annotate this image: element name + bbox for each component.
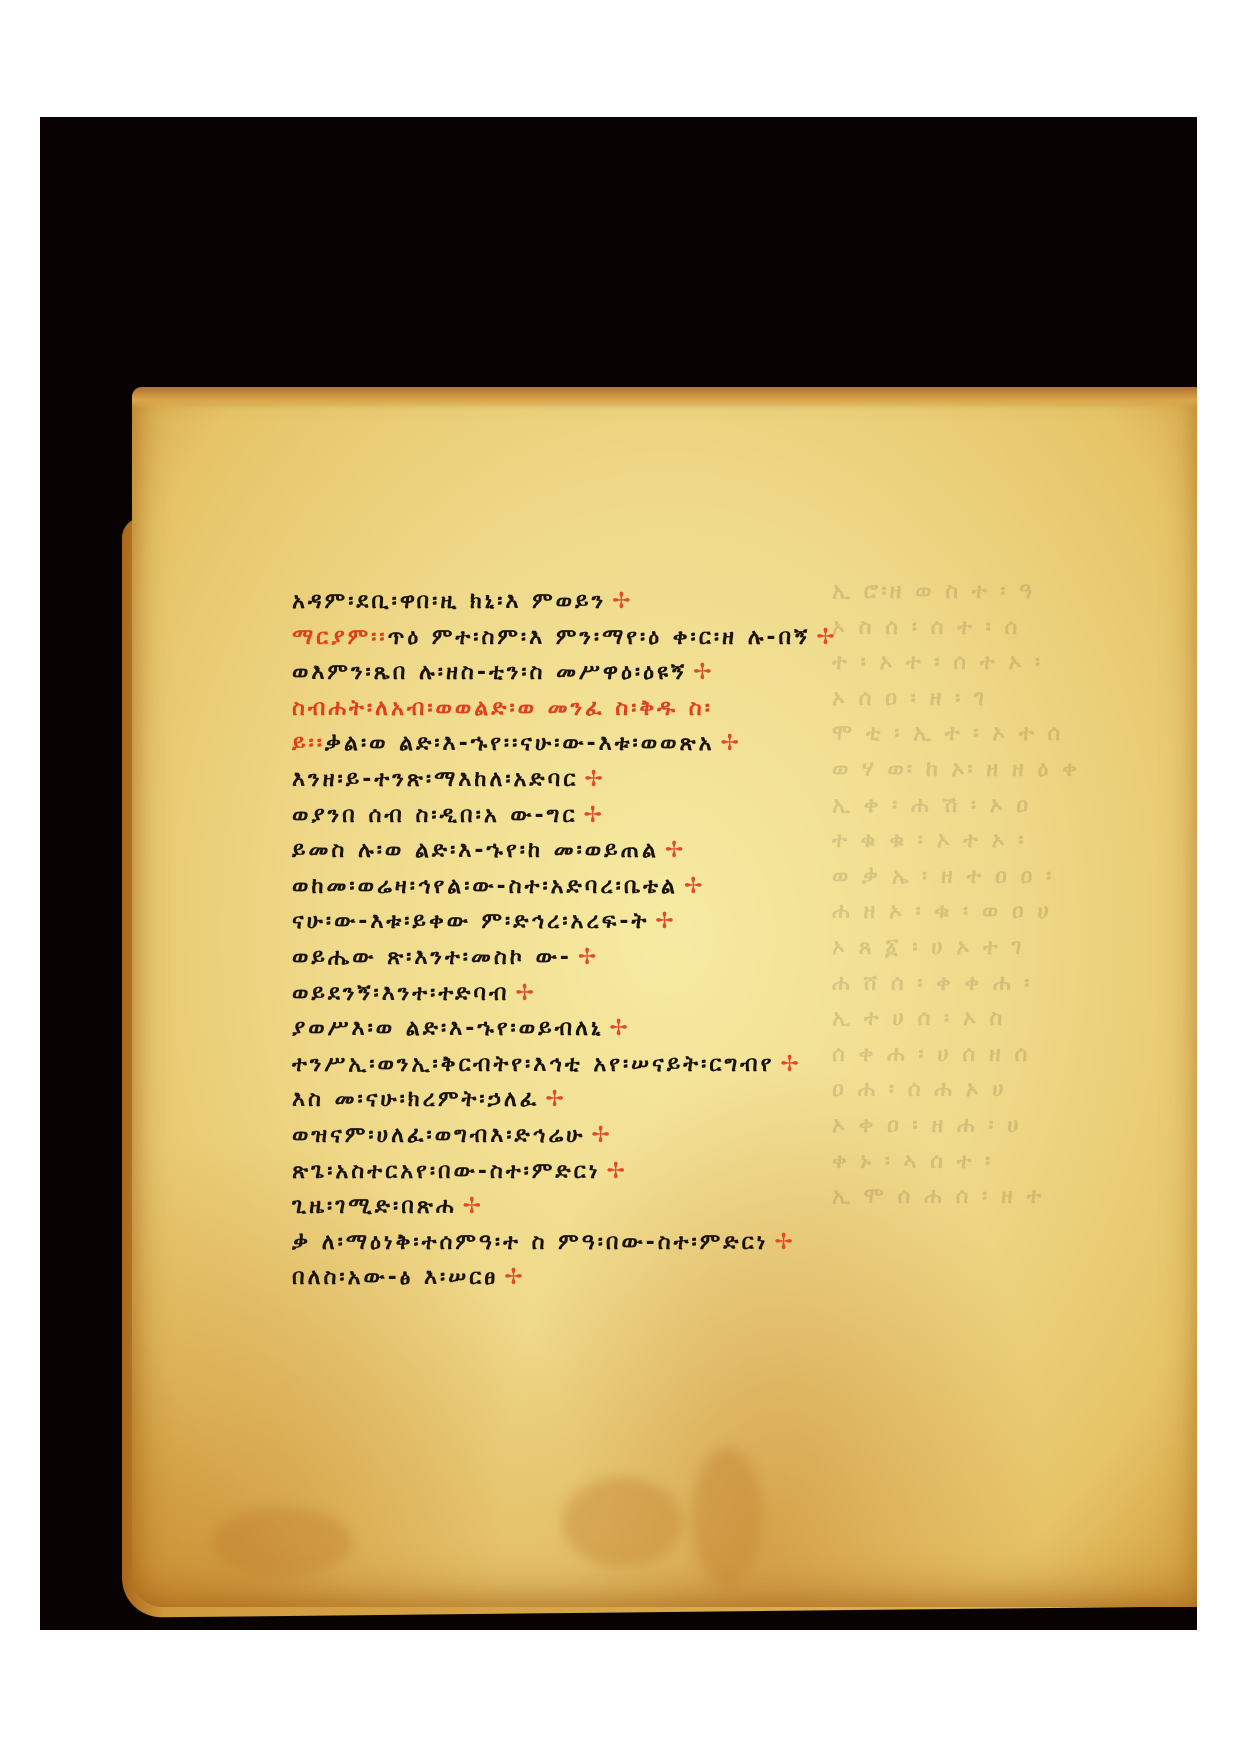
red-cross-icon: ✢ (655, 909, 676, 934)
manuscript-line: ወይደንኝ፡እንተ፡ተድባብ✢ (292, 979, 1132, 1009)
line-text: እንዘ፡ይ-ተንጽ፡ማእከለ፡አድባር (292, 767, 578, 792)
line-text: አዳም፡ደቢ፡ዋበ፡ዚ ክኒ፡እ ምወይን (292, 589, 606, 614)
line-text: በለስ፡አው-ፅ እ፡ሠርፀ (292, 1265, 498, 1290)
rubric-text: ይ፡፡ (292, 731, 325, 756)
line-text: ወይሔው ጽ፡እንተ፡መስኮ ው- (292, 945, 572, 970)
manuscript-line: ተንሥኢ፡ወንኢ፡ቅርብትየ፡እኅቲ አየ፡ሠናይት፡ርግብየ✢ (292, 1050, 1132, 1080)
red-cross-icon: ✢ (463, 1194, 484, 1219)
manuscript-page: ኢ ሮ፡ዘ ወ ስ ተ ፡ ዓኦ ስ ሰ ፡ ሰ ተ ፡ ሰተ ፡ ኦ ተ ፡ … (132, 387, 1197, 1607)
manuscript-line: ማርያም፡፡ጥዕ ምተ፡ስም፡እ ምን፡ማየ፡ዕ ቀ፡ር፡ዘ ሉ-በኝ✢ (292, 623, 1132, 653)
water-stain (692, 1447, 762, 1587)
manuscript-line: በለስ፡አው-ፅ እ፡ሠርፀ✢ (292, 1263, 1132, 1293)
line-text: ወይደንኝ፡እንተ፡ተድባብ (292, 981, 509, 1006)
rubric-text: ስብሐት፡ለአብ፡ወወልድ፡ወ መንፈ ስ፡ቅዱ ስ፡ (292, 696, 713, 721)
red-cross-icon: ✢ (607, 1159, 628, 1184)
red-cross-icon: ✢ (515, 981, 536, 1006)
manuscript-line: ወይሔው ጽ፡እንተ፡መስኮ ው-✢ (292, 943, 1132, 973)
manuscript-line: ይ፡፡ቃል፡ወ ልድ፡እ-ኁየ፡፡ናሁ፡ው-እቱ፡ወወጽአ✢ (292, 729, 1132, 759)
manuscript-line: ወዝናም፡ሀለፈ፡ወግብእ፡ድኅሬሁ✢ (292, 1121, 1132, 1151)
line-text: ወዝናም፡ሀለፈ፡ወግብእ፡ድኅሬሁ (292, 1123, 585, 1148)
red-cross-icon: ✢ (774, 1230, 795, 1255)
red-cross-icon: ✢ (578, 945, 599, 970)
red-cross-icon: ✢ (665, 838, 686, 863)
manuscript-line: ቃ ለ፡ማዕነቅ፡ተሰምዓ፡ተ ስ ምዓ፡በው-ስተ፡ምድርነ✢ (292, 1228, 1132, 1258)
manuscript-line: ያወሥእ፡ወ ልድ፡እ-ኁየ፡ወይብለኒ✢ (292, 1014, 1132, 1044)
red-cross-icon: ✢ (693, 660, 714, 685)
rubric-text: ማርያም፡፡ (292, 625, 388, 650)
red-cross-icon: ✢ (780, 1052, 801, 1077)
red-cross-icon: ✢ (545, 1087, 566, 1112)
manuscript-line: ጊዜ፡ገሚድ፡በጽሐ✢ (292, 1192, 1132, 1222)
red-cross-icon: ✢ (504, 1265, 525, 1290)
manuscript-line: ይመስ ሉ፡ወ ልድ፡እ-ኁየ፡ከ መ፡ወይጠል✢ (292, 836, 1132, 866)
red-cross-icon: ✢ (591, 1123, 612, 1148)
line-text: ያወሥእ፡ወ ልድ፡እ-ኁየ፡ወይብለኒ (292, 1016, 603, 1041)
line-text: ቃል፡ወ ልድ፡እ-ኁየ፡፡ናሁ፡ው-እቱ፡ወወጽአ (325, 731, 715, 756)
red-cross-icon: ✢ (684, 874, 705, 899)
line-text: እስ መ፡ናሁ፡ክረምት፡ኃለፈ (292, 1087, 539, 1112)
red-cross-icon: ✢ (816, 625, 837, 650)
manuscript-line: ወእምን፡ጼበ ሉ፡ዘስ-ቲን፡ስ መሥዋዕ፡ዕዩኝ✢ (292, 658, 1132, 688)
line-text: ወከመ፡ወሬዛ፡ኅየል፡ው-ስተ፡አድባረ፡ቤቴል (292, 874, 678, 899)
red-cross-icon: ✢ (584, 767, 605, 792)
manuscript-line: እስ መ፡ናሁ፡ክረምት፡ኃለፈ✢ (292, 1085, 1132, 1115)
red-cross-icon: ✢ (584, 803, 605, 828)
water-stain (212, 1507, 352, 1577)
line-text: ቃ ለ፡ማዕነቅ፡ተሰምዓ፡ተ ስ ምዓ፡በው-ስተ፡ምድርነ (292, 1230, 768, 1255)
page-top-edge (132, 387, 1197, 409)
line-text: ጽጌ፡አስተርአየ፡በው-ስተ፡ምድርነ (292, 1159, 601, 1184)
line-text: ይመስ ሉ፡ወ ልድ፡እ-ኁየ፡ከ መ፡ወይጠል (292, 838, 659, 863)
manuscript-line: ጽጌ፡አስተርአየ፡በው-ስተ፡ምድርነ✢ (292, 1157, 1132, 1187)
manuscript-line: ወያንበ ሰብ ስ፡ዲበ፡አ ው-ግር✢ (292, 801, 1132, 831)
line-text: ጥዕ ምተ፡ስም፡እ ምን፡ማየ፡ዕ ቀ፡ር፡ዘ ሉ-በኝ (388, 625, 811, 650)
manuscript-line: ወከመ፡ወሬዛ፡ኅየል፡ው-ስተ፡አድባረ፡ቤቴል✢ (292, 872, 1132, 902)
line-text: ወያንበ ሰብ ስ፡ዲበ፡አ ው-ግር (292, 803, 578, 828)
manuscript-line: ናሁ፡ው-እቱ፡ይቀው ም፡ድኅረ፡አረፍ-ት✢ (292, 907, 1132, 937)
manuscript-line: አዳም፡ደቢ፡ዋበ፡ዚ ክኒ፡እ ምወይን✢ (292, 587, 1132, 617)
manuscript-photo: ኢ ሮ፡ዘ ወ ስ ተ ፡ ዓኦ ስ ሰ ፡ ሰ ተ ፡ ሰተ ፡ ኦ ተ ፡ … (40, 117, 1197, 1630)
line-text: ተንሥኢ፡ወንኢ፡ቅርብትየ፡እኅቲ አየ፡ሠናይት፡ርግብየ (292, 1052, 774, 1077)
manuscript-line: ስብሐት፡ለአብ፡ወወልድ፡ወ መንፈ ስ፡ቅዱ ስ፡ (292, 694, 1132, 724)
water-stain (562, 1477, 682, 1567)
line-text: ጊዜ፡ገሚድ፡በጽሐ (292, 1194, 457, 1219)
red-cross-icon: ✢ (609, 1016, 630, 1041)
line-text: ናሁ፡ው-እቱ፡ይቀው ም፡ድኅረ፡አረፍ-ት (292, 909, 649, 934)
manuscript-line: እንዘ፡ይ-ተንጽ፡ማእከለ፡አድባር✢ (292, 765, 1132, 795)
manuscript-text: አዳም፡ደቢ፡ዋበ፡ዚ ክኒ፡እ ምወይን✢ማርያም፡፡ጥዕ ምተ፡ስም፡እ ም… (292, 587, 1132, 1299)
line-text: ወእምን፡ጼበ ሉ፡ዘስ-ቲን፡ስ መሥዋዕ፡ዕዩኝ (292, 660, 687, 685)
red-cross-icon: ✢ (720, 731, 741, 756)
red-cross-icon: ✢ (612, 589, 633, 614)
